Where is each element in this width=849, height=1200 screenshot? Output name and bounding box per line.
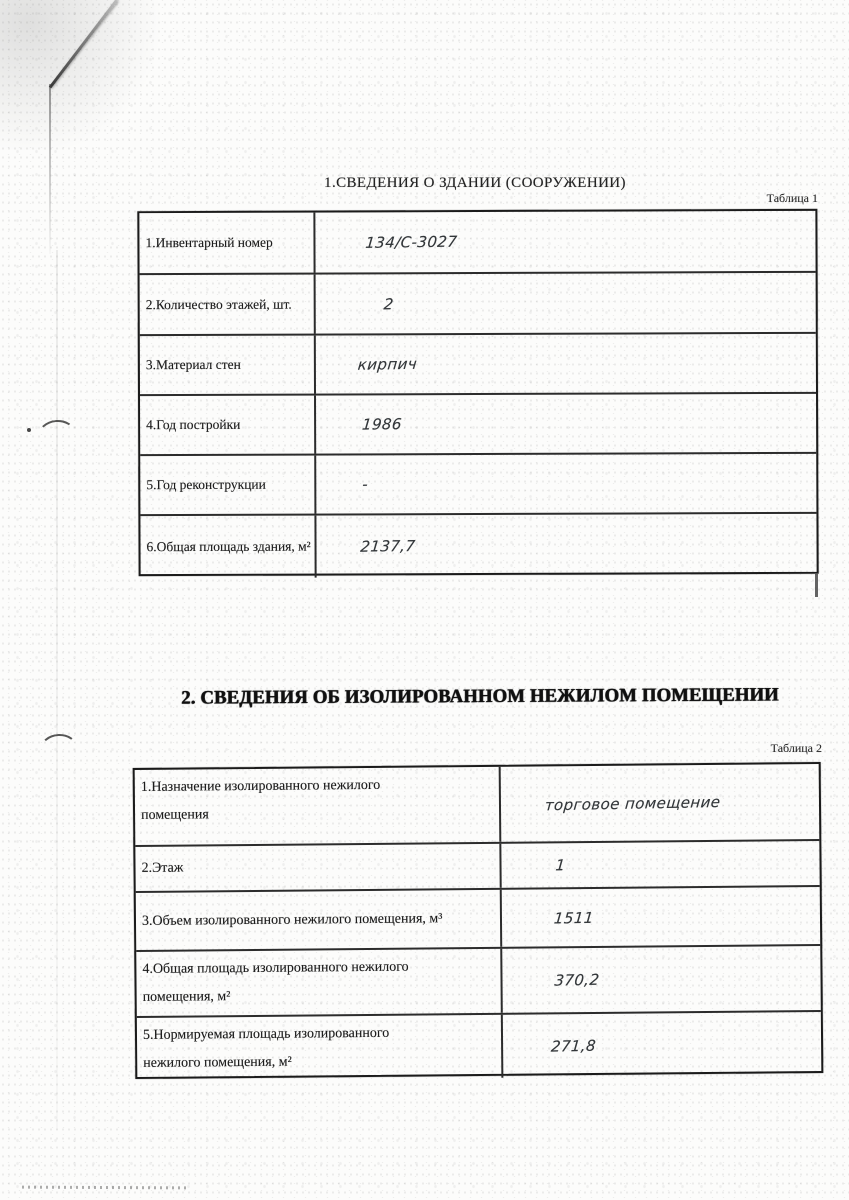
- row-value: торговое помещение: [501, 764, 820, 842]
- row-label: 5.Нормируемая площадь изолированного неж…: [137, 1015, 504, 1081]
- section1-title: 1.СВЕДЕНИЯ О ЗДАНИИ (СООРУЖЕНИИ): [135, 175, 815, 192]
- row-label: 1.Инвентарный номер: [139, 213, 315, 274]
- row-label: 6.Общая площадь здания, м²: [140, 516, 316, 579]
- table-row: 2.Этаж 1: [135, 841, 819, 893]
- row-label: 2.Количество этажей, шт.: [140, 275, 316, 335]
- row-value: 134/С-3027: [315, 211, 815, 273]
- row-label: 4.Год постройки: [140, 396, 316, 455]
- row-label: 4.Общая площадь изолированного нежилого …: [136, 949, 503, 1016]
- row-label: 2.Этаж: [135, 844, 501, 891]
- section2-title: 2. СВЕДЕНИЯ ОБ ИЗОЛИРОВАННОМ НЕЖИЛОМ ПОМ…: [117, 684, 842, 710]
- handwritten-value: -: [361, 475, 368, 493]
- row-value: кирпич: [316, 334, 816, 394]
- fold-crease-tail-mark: [49, 84, 51, 254]
- handwritten-value: 1: [555, 856, 567, 874]
- row-label: 1.Назначение изолированного нежилого пом…: [135, 767, 502, 845]
- table-row: 2.Количество этажей, шт. 2: [140, 273, 816, 336]
- row-value: 2137,7: [316, 514, 816, 578]
- row-value: -: [316, 454, 816, 514]
- table-row: 1.Назначение изолированного нежилого пом…: [135, 764, 820, 847]
- building-info-table: 1.Инвентарный номер 134/С-3027 2.Количес…: [137, 209, 818, 576]
- scan-corner-shadow: [0, 0, 190, 150]
- table-row: 6.Общая площадь здания, м² 2137,7: [140, 514, 816, 578]
- handwritten-value: 271,8: [550, 1036, 597, 1055]
- table-row: 4.Год постройки 1986: [140, 394, 816, 456]
- row-label: 3.Объем изолированного нежилого помещени…: [136, 890, 502, 950]
- scan-edge-streak: [56, 250, 58, 1130]
- table-row: 5.Нормируемая площадь изолированного неж…: [137, 1012, 822, 1081]
- handwritten-value: торговое помещение: [544, 792, 721, 813]
- row-label: 5.Год реконструкции: [140, 456, 316, 515]
- scan-artifact-mark: [815, 574, 818, 597]
- row-value: 1511: [502, 887, 820, 947]
- ink-speck-mark: [27, 428, 31, 432]
- table2-caption: Таблица 2: [134, 741, 822, 756]
- table-row: 5.Год реконструкции -: [140, 454, 816, 516]
- hole-punch-mark: [37, 418, 77, 451]
- handwritten-value: 370,2: [554, 971, 601, 990]
- scanned-document-page: 1.СВЕДЕНИЯ О ЗДАНИИ (СООРУЖЕНИИ) Таблица…: [0, 0, 849, 1200]
- handwritten-value: 134/С-3027: [365, 233, 458, 252]
- bottom-dotted-mark: [22, 1186, 187, 1189]
- handwritten-value: 1986: [361, 415, 402, 434]
- row-value: 370,2: [502, 946, 821, 1013]
- handwritten-value: 1511: [553, 908, 594, 927]
- row-label: 3.Материал стен: [140, 336, 316, 395]
- row-value: 1986: [316, 394, 816, 454]
- table-row: 1.Инвентарный номер 134/С-3027: [139, 211, 815, 275]
- fold-crease-mark: [49, 0, 118, 88]
- table-row: 3.Материал стен кирпич: [140, 334, 816, 396]
- handwritten-value: 2137,7: [360, 537, 417, 556]
- row-value: 271,8: [503, 1012, 822, 1078]
- table-row: 4.Общая площадь изолированного нежилого …: [136, 946, 821, 1018]
- row-value: 1: [501, 841, 819, 888]
- hole-punch-mark: [39, 733, 79, 765]
- table-row: 3.Объем изолированного нежилого помещени…: [136, 887, 820, 952]
- row-value: 2: [316, 273, 816, 334]
- table1-caption: Таблица 1: [138, 191, 818, 206]
- handwritten-value: кирпич: [357, 355, 418, 374]
- premises-info-table: 1.Назначение изолированного нежилого пом…: [133, 762, 824, 1079]
- handwritten-value: 2: [383, 295, 395, 313]
